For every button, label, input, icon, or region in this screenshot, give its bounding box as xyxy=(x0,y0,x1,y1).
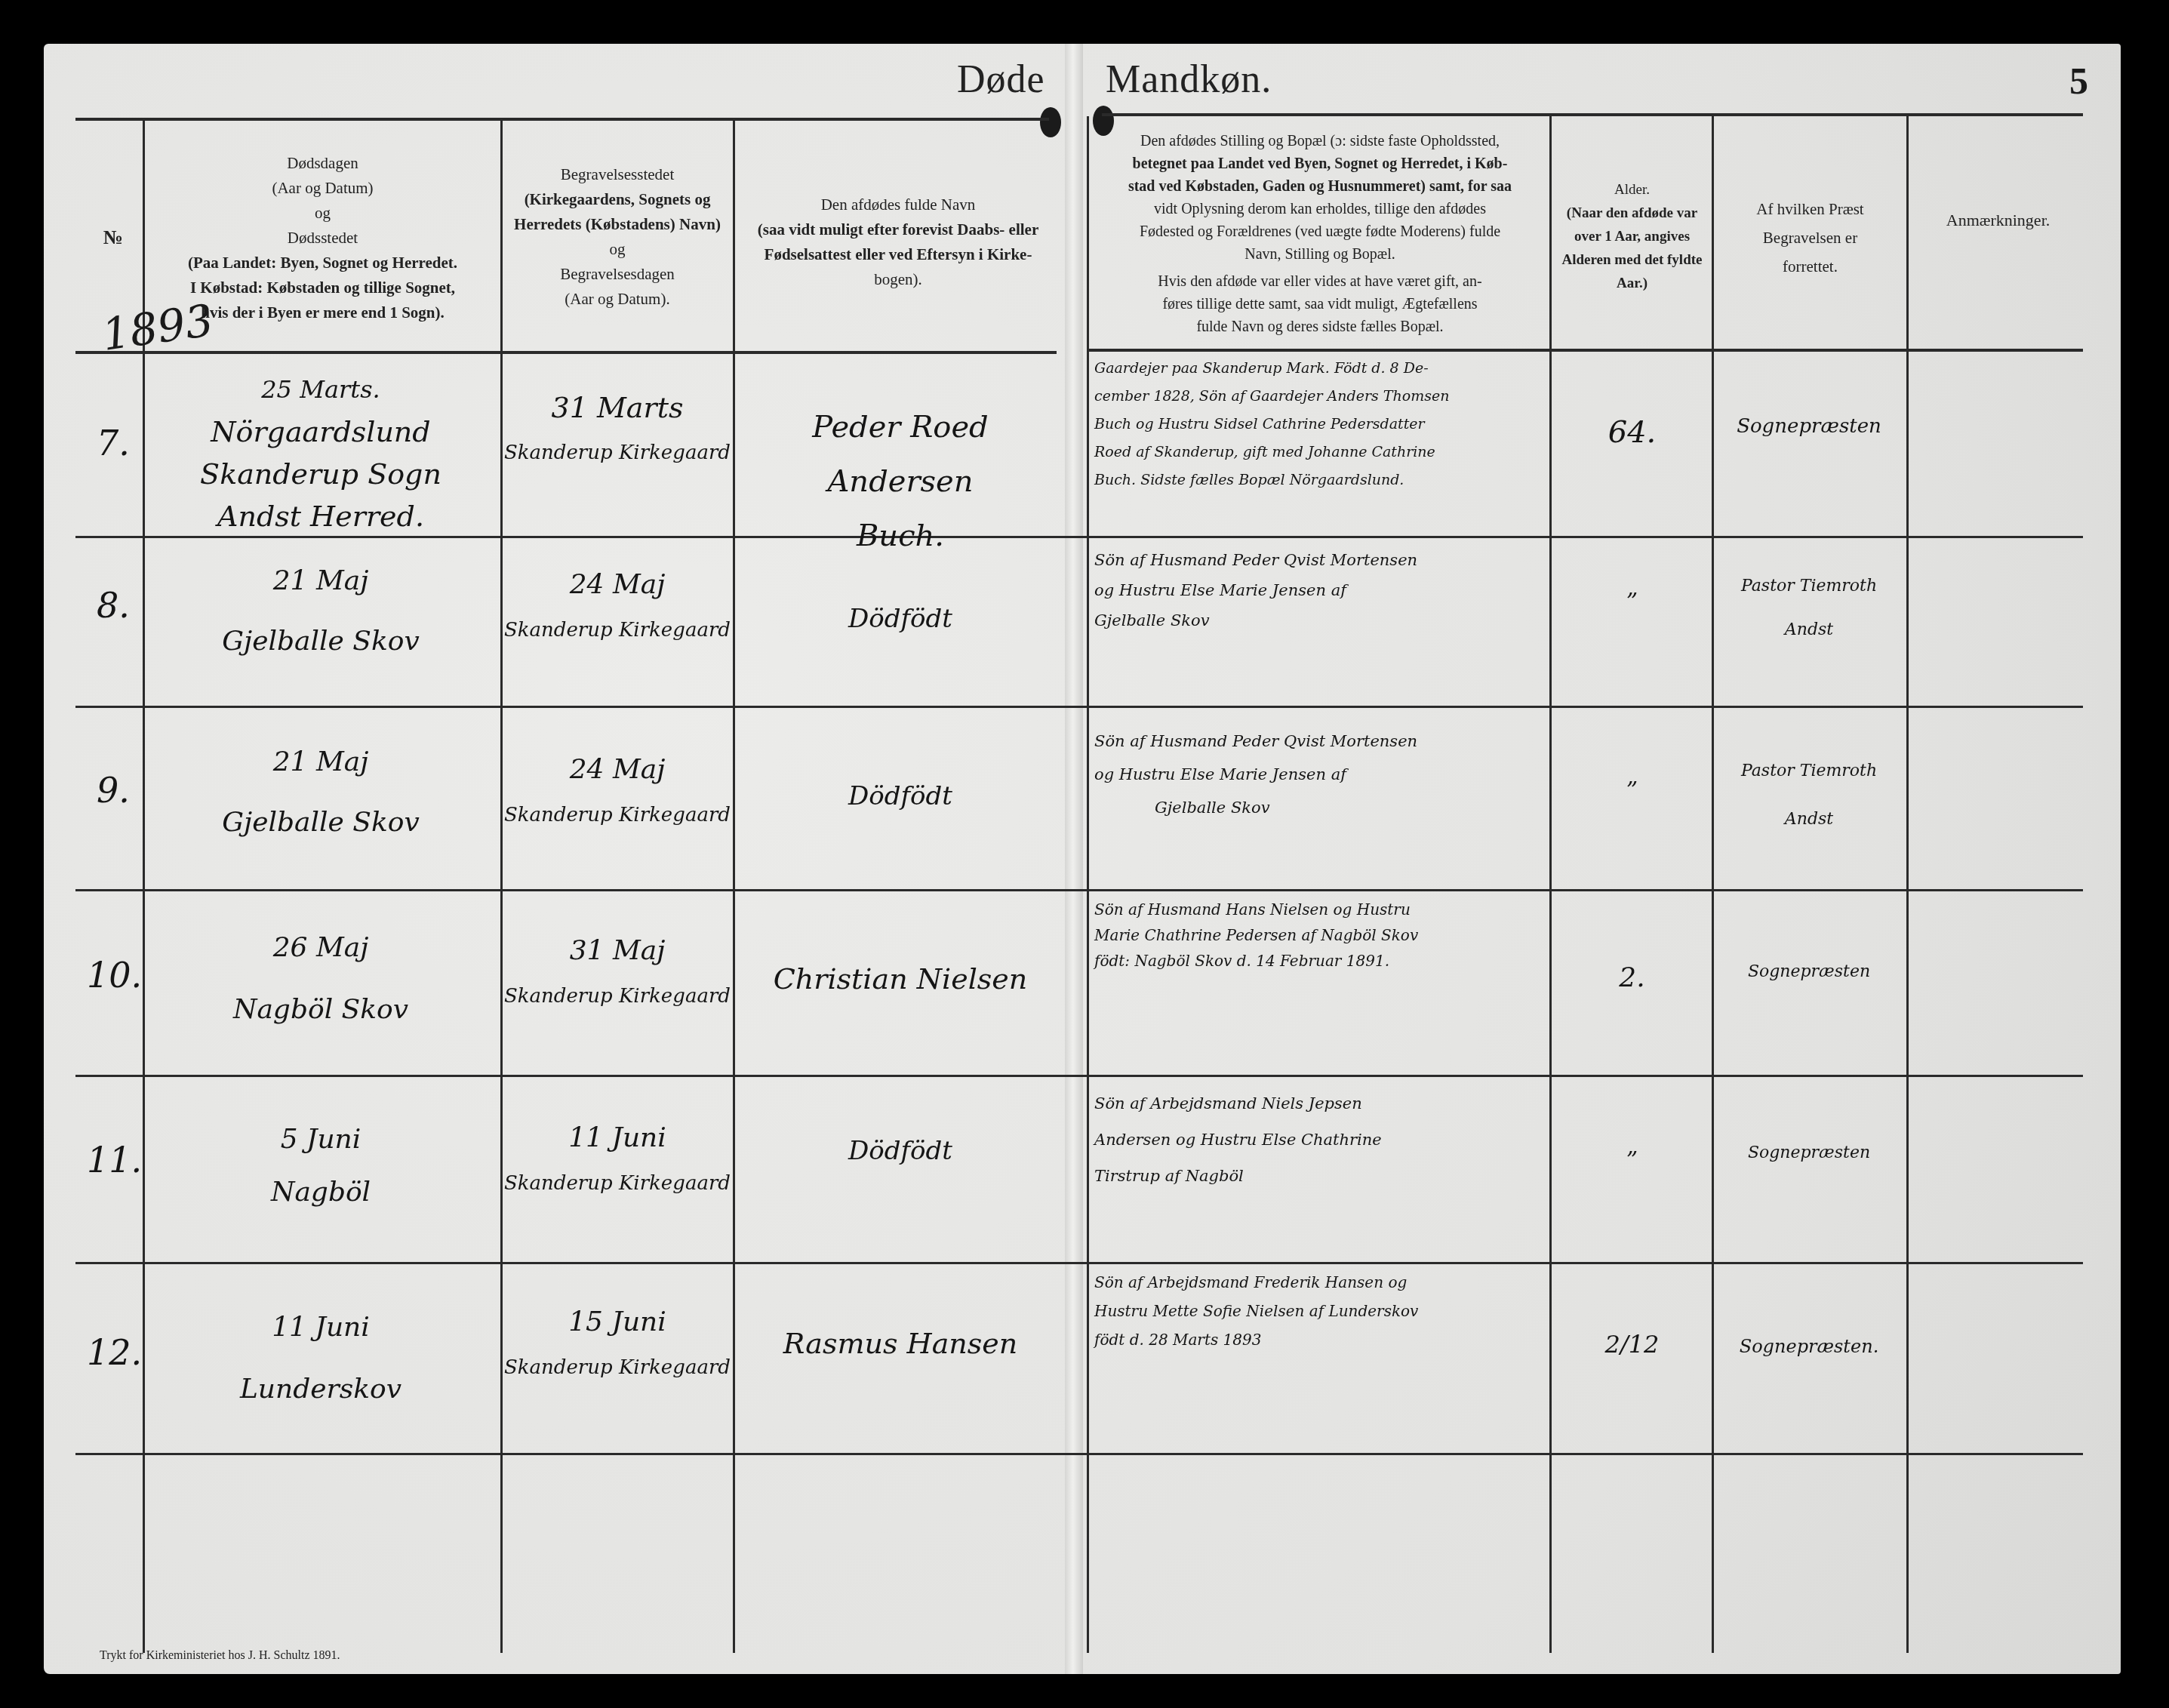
status-line: Sön af Husmand Peder Qvist Mortensen xyxy=(1094,725,1547,758)
name-cell: Christian Nielsen xyxy=(738,962,1063,996)
header-line: betegnet paa Landet ved Byen, Sognet og … xyxy=(1094,152,1546,175)
status-line: Roed af Skanderup, gift med Johanne Cath… xyxy=(1094,439,1547,466)
header-line: fulde Navn og deres sidste fælles Bopæl. xyxy=(1094,315,1546,338)
death-date: 21 Maj xyxy=(147,732,494,792)
header-line: (Paa Landet: Byen, Sognet og Herredet. xyxy=(151,251,494,275)
header-name: Den afdødes fulde Navn (saa vidt muligt … xyxy=(740,192,1057,292)
priest-cell: Pastor Tiemroth Andst xyxy=(1715,747,1903,844)
header-top-rule xyxy=(75,118,1049,121)
header-line: Alderen med det fyldte xyxy=(1555,248,1709,272)
priest-line: Pastor Tiemroth xyxy=(1715,565,1903,608)
title-left: Døde xyxy=(957,57,1045,102)
entry-number: 10. xyxy=(87,955,142,996)
burial-date: 15 Juni xyxy=(504,1300,731,1345)
death-place: Nagböl Skov xyxy=(147,979,494,1041)
death-date: 21 Maj xyxy=(147,551,494,611)
priest-cell: Sognepræsten xyxy=(1715,415,1903,438)
burial-place: Skanderup Kirkegaard xyxy=(504,974,731,1019)
status-line: födt d. 28 Marts 1893 xyxy=(1094,1325,1547,1354)
header-line: over 1 Aar, angives xyxy=(1555,225,1709,248)
header-top-rule xyxy=(1102,113,2083,116)
burial-place: Skanderup Kirkegaard xyxy=(504,1161,731,1206)
header-priest: Af hvilken Præst Begravelsen er forrette… xyxy=(1718,195,1903,281)
burial-place: Skanderup Kirkegaard xyxy=(504,792,731,838)
burial-date: 31 Maj xyxy=(504,928,731,974)
column-divider xyxy=(1087,116,1089,1653)
status-line: og Hustru Else Marie Jensen af xyxy=(1094,575,1547,605)
age-cell: 2. xyxy=(1555,962,1709,993)
death-date: 5 Juni xyxy=(147,1113,494,1166)
status-line: og Hustru Else Marie Jensen af xyxy=(1094,758,1547,791)
death-date: 25 Marts. xyxy=(147,368,494,411)
death-place: Gjelballe Skov xyxy=(147,611,494,672)
burial-cell: 11 Juni Skanderup Kirkegaard xyxy=(504,1116,731,1206)
status-cell: Sön af Husmand Peder Qvist Mortensen og … xyxy=(1094,725,1547,824)
title-right: Mandkøn. xyxy=(1106,57,1272,102)
death-place: Skanderup Sogn xyxy=(147,453,494,495)
entry-number: 12. xyxy=(87,1332,142,1373)
header-line: Begravelsesdagen xyxy=(507,262,728,287)
name-cell: Dödfödt xyxy=(738,604,1063,634)
name-cell: Dödfödt xyxy=(738,781,1063,811)
status-cell: Sön af Husmand Hans Nielsen og Hustru Ma… xyxy=(1094,897,1547,974)
status-line: Sön af Husmand Hans Nielsen og Hustru xyxy=(1094,897,1547,922)
column-divider xyxy=(733,121,735,1653)
row-rule xyxy=(75,1453,2083,1455)
header-bottom-rule xyxy=(75,351,1057,354)
entry-number: 8. xyxy=(97,585,130,626)
death-place: Gjelballe Skov xyxy=(147,792,494,853)
header-line: Herredets (Købstadens) Navn) xyxy=(507,212,728,237)
header-line: Fødselsattest eller ved Eftersyn i Kirke… xyxy=(740,242,1057,267)
status-cell: Sön af Husmand Peder Qvist Mortensen og … xyxy=(1094,545,1547,635)
death-place: Andst Herred. xyxy=(147,495,494,537)
header-line: Hvis den afdøde var eller vides at have … xyxy=(1094,270,1546,293)
header-line: og xyxy=(507,237,728,262)
death-date: 11 Juni xyxy=(147,1297,494,1359)
status-line: Marie Chathrine Pedersen af Nagböl Skov xyxy=(1094,922,1547,948)
death-cell: 5 Juni Nagböl xyxy=(147,1113,494,1219)
header-line: vidt Oplysning derom kan erholdes, tilli… xyxy=(1094,198,1546,220)
header-line: Alder. xyxy=(1555,178,1709,202)
name-cell: Dödfödt xyxy=(738,1136,1063,1166)
book-gutter xyxy=(1065,44,1083,1674)
header-line: forrettet. xyxy=(1718,252,1903,281)
burial-cell: 31 Marts Skanderup Kirkegaard xyxy=(504,385,731,475)
name-cell: Rasmus Hansen xyxy=(738,1327,1063,1360)
burial-place: Skanderup Kirkegaard xyxy=(504,430,731,475)
header-line: (Kirkegaardens, Sognets og xyxy=(507,187,728,212)
entry-number: 9. xyxy=(97,770,130,811)
death-cell: 26 Maj Nagböl Skov xyxy=(147,917,494,1041)
header-line: (saa vidt muligt efter forevist Daabs- e… xyxy=(740,217,1057,242)
status-cell: Sön af Arbejdsmand Niels Jepsen Andersen… xyxy=(1094,1085,1547,1194)
status-line: Andersen og Hustru Else Chathrine xyxy=(1094,1122,1547,1158)
header-line: Dødsdagen xyxy=(151,151,494,176)
row-rule xyxy=(75,889,2083,891)
header-bottom-rule xyxy=(1087,349,2083,352)
header-remarks: Anmærkninger. xyxy=(1913,208,2083,232)
death-cell: 21 Maj Gjelballe Skov xyxy=(147,732,494,853)
age-cell: 64. xyxy=(1555,415,1709,450)
ink-blot xyxy=(1040,107,1061,137)
priest-line: Pastor Tiemroth xyxy=(1715,747,1903,796)
status-line: Gjelballe Skov xyxy=(1094,791,1547,824)
header-status: Den afdødes Stilling og Bopæl (ɔ: sidste… xyxy=(1094,130,1546,338)
age-cell: ” xyxy=(1555,1147,1709,1174)
header-age: Alder. (Naar den afdøde var over 1 Aar, … xyxy=(1555,178,1709,295)
header-line: (Aar og Datum). xyxy=(507,287,728,312)
column-divider xyxy=(1712,116,1714,1653)
status-line: Sön af Husmand Peder Qvist Mortensen xyxy=(1094,545,1547,575)
burial-place: Skanderup Kirkegaard xyxy=(504,1345,731,1390)
priest-line: Andst xyxy=(1715,608,1903,652)
entry-number: 11. xyxy=(87,1140,142,1180)
header-line: Navn, Stilling og Bopæl. xyxy=(1094,243,1546,266)
header-line: Fødested og Forældrenes (ved uægte fødte… xyxy=(1094,220,1546,243)
burial-date: 11 Juni xyxy=(504,1116,731,1161)
header-line: og xyxy=(151,201,494,226)
priest-cell: Sognepræsten xyxy=(1715,962,1903,981)
burial-date: 31 Marts xyxy=(504,385,731,430)
death-place: Nagböl xyxy=(147,1166,494,1219)
printer-footer: Trykt for Kirkeministeriet hos J. H. Sch… xyxy=(100,1649,340,1663)
death-place: Lunderskov xyxy=(147,1359,494,1420)
header-line: Af hvilken Præst xyxy=(1718,195,1903,223)
status-line: födt: Nagböl Skov d. 14 Februar 1891. xyxy=(1094,948,1547,974)
status-line: Buch og Hustru Sidsel Cathrine Pedersdat… xyxy=(1094,411,1547,439)
burial-cell: 15 Juni Skanderup Kirkegaard xyxy=(504,1300,731,1390)
status-line: cember 1828, Sön af Gaardejer Anders Tho… xyxy=(1094,383,1547,411)
death-cell: 11 Juni Lunderskov xyxy=(147,1297,494,1420)
header-line: Aar.) xyxy=(1555,272,1709,295)
header-line: (Naar den afdøde var xyxy=(1555,202,1709,225)
row-rule xyxy=(75,1262,2083,1264)
status-line: Tirstrup af Nagböl xyxy=(1094,1158,1547,1194)
status-line: Gjelballe Skov xyxy=(1094,605,1547,635)
death-cell: 25 Marts. Nörgaardslund Skanderup Sogn A… xyxy=(147,368,494,537)
header-line: Dødsstedet xyxy=(151,226,494,251)
name-cell: Peder Roed Andersen Buch. xyxy=(738,400,1063,563)
deceased-name: Peder Roed Andersen xyxy=(738,400,1063,509)
priest-line: Andst xyxy=(1715,796,1903,844)
age-cell: ” xyxy=(1555,777,1709,804)
header-line: Begravelsen er xyxy=(1718,223,1903,252)
burial-date: 24 Maj xyxy=(504,562,731,608)
page-number: 5 xyxy=(2069,59,2088,103)
status-line: Gaardejer paa Skanderup Mark. Födt d. 8 … xyxy=(1094,355,1547,383)
status-line: Sön af Arbejdsmand Niels Jepsen xyxy=(1094,1085,1547,1122)
column-divider xyxy=(500,121,503,1653)
header-burial: Begravelsesstedet (Kirkegaardens, Sognet… xyxy=(507,162,728,312)
status-line: Sön af Arbejdsmand Frederik Hansen og xyxy=(1094,1268,1547,1297)
status-cell: Sön af Arbejdsmand Frederik Hansen og Hu… xyxy=(1094,1268,1547,1354)
header-line: (Aar og Datum) xyxy=(151,176,494,201)
header-line: Begravelsesstedet xyxy=(507,162,728,187)
status-cell: Gaardejer paa Skanderup Mark. Födt d. 8 … xyxy=(1094,355,1547,494)
entry-number: 7. xyxy=(97,423,130,463)
status-line: Buch. Sidste fælles Bopæl Nörgaardslund. xyxy=(1094,466,1547,494)
burial-cell: 24 Maj Skanderup Kirkegaard xyxy=(504,562,731,653)
header-line: stad ved Købstaden, Gaden og Husnummeret… xyxy=(1094,175,1546,198)
death-place: Nörgaardslund xyxy=(147,411,494,453)
header-line: føres tillige dette samt, saa vidt mulig… xyxy=(1094,293,1546,315)
header-line: bogen). xyxy=(740,267,1057,292)
deceased-name: Buch. xyxy=(738,509,1063,563)
row-rule xyxy=(75,706,2083,708)
death-cell: 21 Maj Gjelballe Skov xyxy=(147,551,494,672)
column-divider xyxy=(1549,116,1552,1653)
header-line: Den afdødes fulde Navn xyxy=(740,192,1057,217)
burial-cell: 31 Maj Skanderup Kirkegaard xyxy=(504,928,731,1019)
death-date: 26 Maj xyxy=(147,917,494,979)
header-line: Den afdødes Stilling og Bopæl (ɔ: sidste… xyxy=(1094,130,1546,152)
header-number: № xyxy=(91,225,136,250)
burial-cell: 24 Maj Skanderup Kirkegaard xyxy=(504,747,731,838)
priest-cell: Pastor Tiemroth Andst xyxy=(1715,565,1903,652)
burial-place: Skanderup Kirkegaard xyxy=(504,608,731,653)
column-divider xyxy=(1906,116,1909,1653)
status-line: Hustru Mette Sofie Nielsen af Lunderskov xyxy=(1094,1297,1547,1325)
burial-date: 24 Maj xyxy=(504,747,731,792)
priest-cell: Sognepræsten xyxy=(1715,1143,1903,1162)
age-cell: 2/12 xyxy=(1555,1330,1709,1359)
age-cell: ” xyxy=(1555,589,1709,615)
row-rule xyxy=(75,1075,2083,1077)
priest-cell: Sognepræsten. xyxy=(1715,1336,1903,1357)
